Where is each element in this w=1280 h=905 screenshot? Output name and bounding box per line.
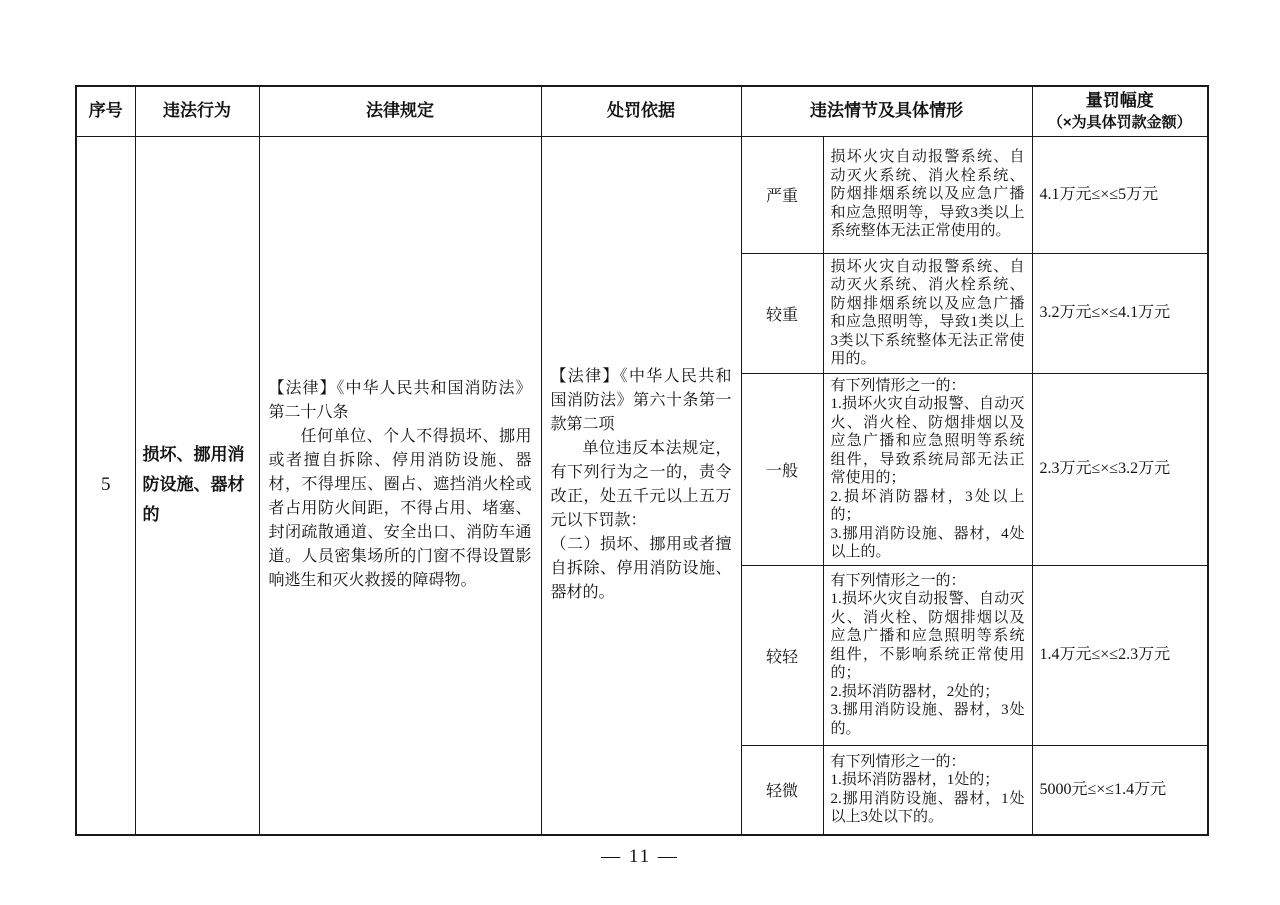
- seq-number: 5: [76, 136, 135, 835]
- punishment-basis-item: （二）损坏、挪用或者擅自拆除、停用消防设施、器材的。: [551, 533, 732, 605]
- punishment-basis-title: 【法律】《中华人民共和国消防法》第六十条第一款第二项: [551, 365, 732, 437]
- punishment-basis: 【法律】《中华人民共和国消防法》第六十条第一款第二项 单位违反本法规定，有下列行…: [541, 136, 741, 835]
- fine-range: 1.4万元≤×≤2.3万元: [1032, 565, 1208, 745]
- penalty-standards-table: 序号 违法行为 法律规定 处罚依据 违法情节及具体情形 量罚幅度 （×为具体罚款…: [75, 85, 1209, 836]
- circumstance-description: 损坏火灾自动报警系统、自动灭火系统、消火栓系统、防烟排烟系统以及应急广播和应急照…: [823, 136, 1032, 253]
- col-header-range: 量罚幅度 （×为具体罚款金额）: [1032, 86, 1208, 136]
- circumstance-description: 有下列情形之一的： 1.损坏火灾自动报警、自动灭火、消火栓、防烟排烟以及应急广播…: [823, 373, 1032, 565]
- legal-provision: 【法律】《中华人民共和国消防法》第二十八条 任何单位、个人不得损坏、挪用或者擅自…: [259, 136, 541, 835]
- legal-provision-body: 任何单位、个人不得损坏、挪用或者擅自拆除、停用消防设施、器材，不得埋压、圈占、遮…: [269, 425, 532, 593]
- circumstance-description: 有下列情形之一的： 1.损坏火灾自动报警、自动灭火、消火栓、防烟排烟以及应急广播…: [823, 565, 1032, 745]
- col-header-seq: 序号: [76, 86, 135, 136]
- document-page: { "page": { "number": "— 11 —" }, "table…: [0, 0, 1280, 905]
- col-header-range-note: （×为具体罚款金额）: [1035, 113, 1206, 133]
- col-header-law: 法律规定: [259, 86, 541, 136]
- col-header-behavior: 违法行为: [135, 86, 259, 136]
- violation-behavior: 损坏、挪用消防设施、器材的: [135, 136, 259, 835]
- header-row: 序号 违法行为 法律规定 处罚依据 违法情节及具体情形 量罚幅度 （×为具体罚款…: [76, 86, 1208, 136]
- legal-provision-title: 【法律】《中华人民共和国消防法》第二十八条: [269, 377, 532, 425]
- severity-label: 较重: [741, 253, 823, 373]
- fine-range: 3.2万元≤×≤4.1万元: [1032, 253, 1208, 373]
- severity-label: 较轻: [741, 565, 823, 745]
- col-header-basis: 处罚依据: [541, 86, 741, 136]
- col-header-range-title: 量罚幅度: [1035, 90, 1206, 112]
- page-number: — 11 —: [0, 846, 1280, 868]
- circumstance-description: 损坏火灾自动报警系统、自动灭火系统、消火栓系统、防烟排烟系统以及应急广播和应急照…: [823, 253, 1032, 373]
- fine-range: 4.1万元≤×≤5万元: [1032, 136, 1208, 253]
- col-header-circumstances: 违法情节及具体情形: [741, 86, 1032, 136]
- circumstance-description: 有下列情形之一的： 1.损坏消防器材，1处的； 2.挪用消防设施、器材，1处以上…: [823, 745, 1032, 835]
- severity-label: 轻微: [741, 745, 823, 835]
- fine-range: 5000元≤×≤1.4万元: [1032, 745, 1208, 835]
- severity-label: 一般: [741, 373, 823, 565]
- punishment-basis-body: 单位违反本法规定，有下列行为之一的，责令改正，处五千元以上五万元以下罚款：: [551, 437, 732, 533]
- table-row-severe: 5 损坏、挪用消防设施、器材的 【法律】《中华人民共和国消防法》第二十八条 任何…: [76, 136, 1208, 253]
- severity-label: 严重: [741, 136, 823, 253]
- fine-range: 2.3万元≤×≤3.2万元: [1032, 373, 1208, 565]
